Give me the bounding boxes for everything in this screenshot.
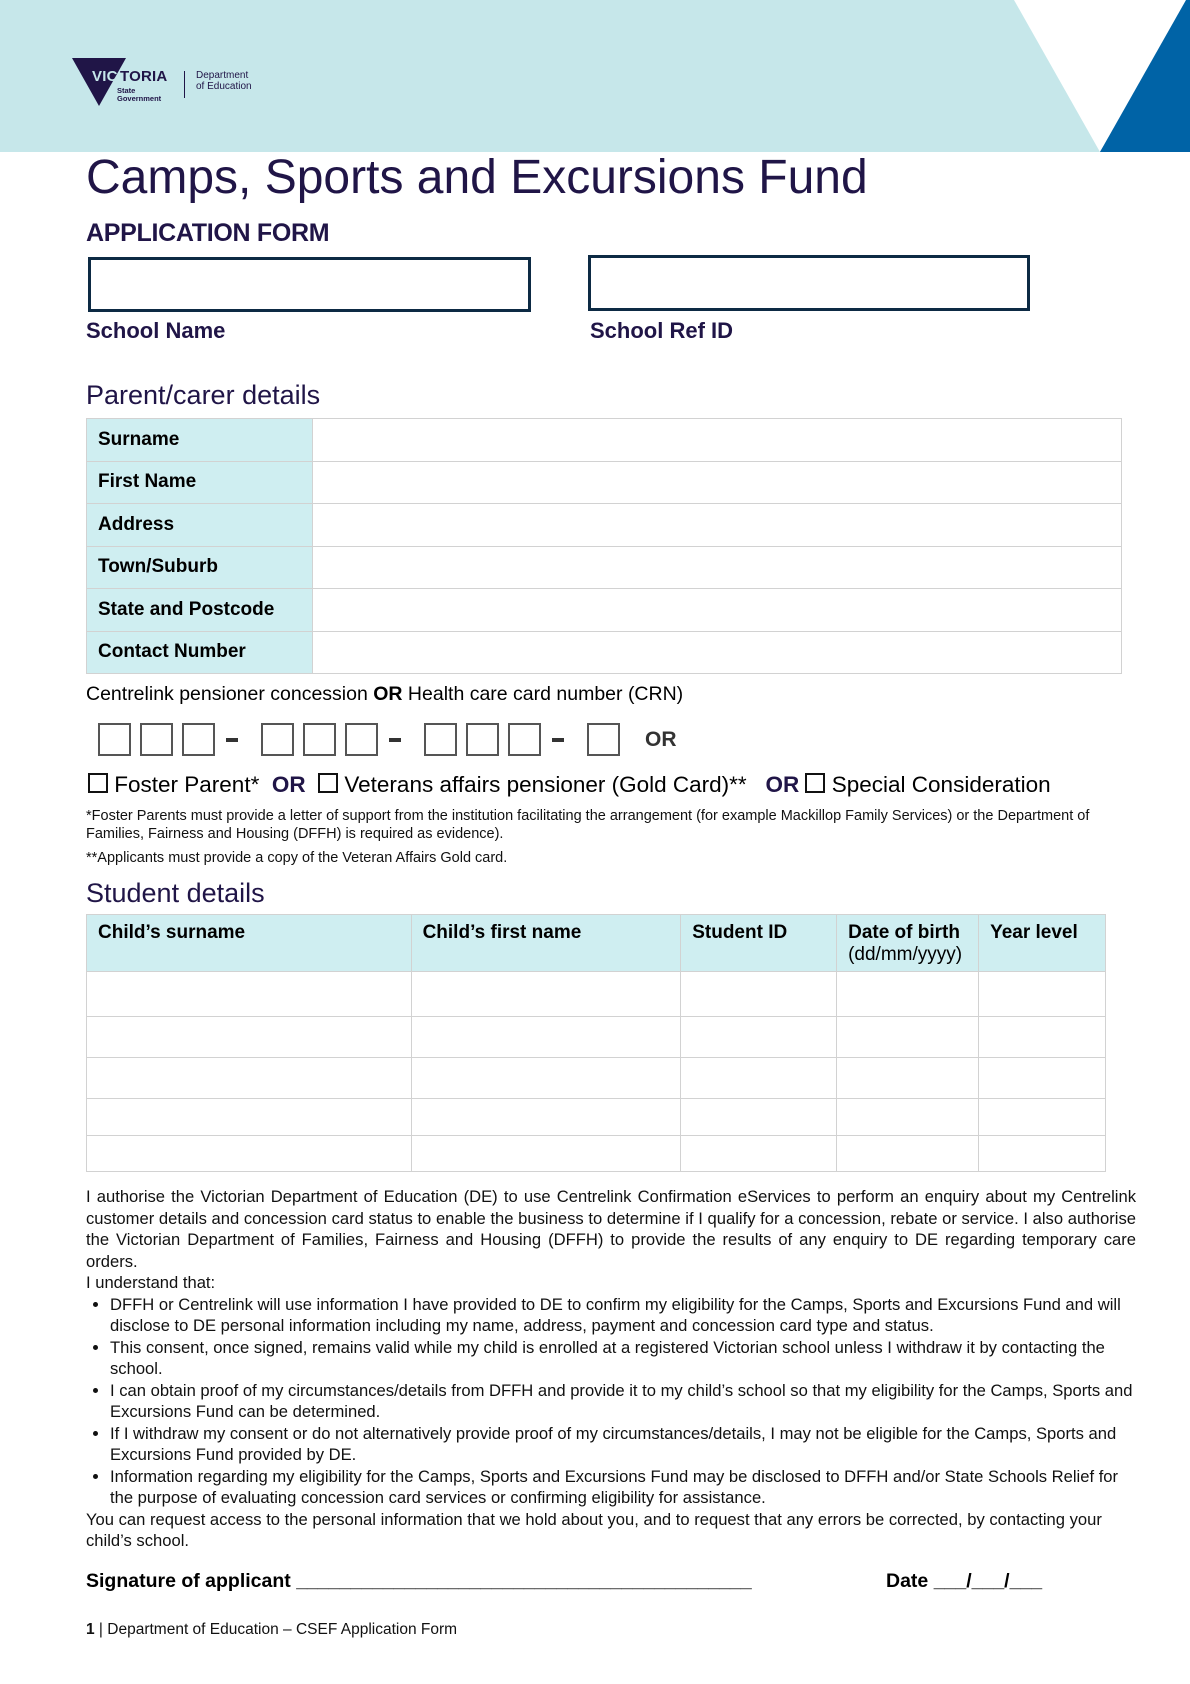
parent-field-label: First Name — [87, 461, 313, 504]
parent-field-label: Town/Suburb — [87, 546, 313, 589]
parent-row: State and Postcode — [87, 589, 1122, 632]
student-row — [87, 1136, 1106, 1172]
crn-digit-box[interactable] — [508, 723, 541, 756]
student-cell-input[interactable] — [411, 1017, 681, 1058]
student-cell-input[interactable] — [87, 1136, 412, 1172]
crn-digit-box[interactable] — [345, 723, 378, 756]
crn-digit-box[interactable] — [98, 723, 131, 756]
foster-parent-label: Foster Parent* — [114, 772, 259, 797]
student-cell-input[interactable] — [681, 1136, 837, 1172]
logo-subtext: StateGovernment — [117, 87, 161, 103]
logo-wordmark: TORIA — [120, 68, 167, 85]
student-cell-input[interactable] — [979, 972, 1106, 1017]
veterans-checkbox[interactable] — [318, 773, 338, 793]
student-cell-input[interactable] — [87, 1099, 412, 1136]
student-cell-input[interactable] — [87, 1017, 412, 1058]
page-title: Camps, Sports and Excursions Fund — [86, 150, 868, 205]
date-field[interactable]: Date ___/___/___ — [886, 1570, 1042, 1593]
crn-digit-box[interactable] — [466, 723, 499, 756]
parent-row: Contact Number — [87, 631, 1122, 674]
consent-intro: I authorise the Victorian Department of … — [86, 1186, 1136, 1272]
or-text: OR — [765, 772, 799, 797]
parent-field-input[interactable] — [313, 419, 1122, 462]
special-consideration-checkbox[interactable] — [805, 773, 825, 793]
student-cell-input[interactable] — [411, 972, 681, 1017]
student-cell-input[interactable] — [837, 1099, 979, 1136]
school-name-field[interactable] — [88, 257, 531, 312]
school-ref-id-field[interactable] — [588, 255, 1030, 311]
logo-department: Departmentof Education — [196, 70, 252, 92]
student-cell-input[interactable] — [87, 1058, 412, 1099]
student-cell-input[interactable] — [411, 1136, 681, 1172]
parent-field-label: State and Postcode — [87, 589, 313, 632]
veterans-label: Veterans affairs pensioner (Gold Card)** — [344, 772, 746, 797]
student-cell-input[interactable] — [411, 1058, 681, 1099]
foster-note: *Foster Parents must provide a letter of… — [86, 807, 1136, 843]
parent-details-table: SurnameFirst NameAddressTown/SuburbState… — [86, 418, 1122, 674]
parent-field-input[interactable] — [313, 589, 1122, 632]
parent-row: Surname — [87, 419, 1122, 462]
parent-field-label: Contact Number — [87, 631, 313, 674]
crn-separator — [226, 738, 238, 742]
student-column-header: Year level — [979, 915, 1106, 972]
consent-bullet: This consent, once signed, remains valid… — [110, 1337, 1136, 1380]
student-row — [87, 972, 1106, 1017]
student-cell-input[interactable] — [681, 972, 837, 1017]
consent-bullet: If I withdraw my consent or do not alter… — [110, 1423, 1136, 1466]
student-cell-input[interactable] — [681, 1017, 837, 1058]
school-ref-id-label: School Ref ID — [590, 318, 733, 344]
foster-parent-checkbox[interactable] — [88, 773, 108, 793]
student-cell-input[interactable] — [681, 1058, 837, 1099]
student-details-table: Child’s surnameChild’s first nameStudent… — [86, 914, 1106, 1172]
logo-divider — [184, 71, 185, 98]
crn-label: Centrelink pensioner concession OR Healt… — [86, 683, 683, 706]
student-column-header: Child’s surname — [87, 915, 412, 972]
student-column-header: Student ID — [681, 915, 837, 972]
student-cell-input[interactable] — [979, 1058, 1106, 1099]
parent-section-heading: Parent/carer details — [86, 380, 320, 411]
student-cell-input[interactable] — [979, 1136, 1106, 1172]
parent-field-input[interactable] — [313, 504, 1122, 547]
student-cell-input[interactable] — [681, 1099, 837, 1136]
crn-digit-box[interactable] — [424, 723, 457, 756]
student-row — [87, 1099, 1106, 1136]
crn-separator — [552, 738, 564, 742]
special-consideration-label: Special Consideration — [832, 772, 1051, 797]
crn-separator — [389, 738, 401, 742]
consent-closing: You can request access to the personal i… — [86, 1509, 1136, 1552]
eligibility-options: Foster Parent* OR Veterans affairs pensi… — [88, 772, 1051, 798]
parent-field-label: Surname — [87, 419, 313, 462]
crn-digit-box[interactable] — [182, 723, 215, 756]
consent-bullet: I can obtain proof of my circumstances/d… — [110, 1380, 1136, 1423]
form-subtitle: APPLICATION FORM — [86, 219, 329, 248]
student-row — [87, 1017, 1106, 1058]
parent-field-input[interactable] — [313, 461, 1122, 504]
page-footer: 1 | Department of Education – CSEF Appli… — [86, 1621, 457, 1639]
student-column-header: Child’s first name — [411, 915, 681, 972]
student-cell-input[interactable] — [837, 1136, 979, 1172]
student-cell-input[interactable] — [979, 1017, 1106, 1058]
consent-bullet: Information regarding my eligibility for… — [110, 1466, 1136, 1509]
student-cell-input[interactable] — [837, 1058, 979, 1099]
consent-bullet: DFFH or Centrelink will use information … — [110, 1294, 1136, 1337]
parent-row: Address — [87, 504, 1122, 547]
veteran-note: **Applicants must provide a copy of the … — [86, 849, 507, 867]
student-cell-input[interactable] — [87, 972, 412, 1017]
student-column-header: Date of birth(dd/mm/yyyy) — [837, 915, 979, 972]
consent-bullets: DFFH or Centrelink will use information … — [86, 1294, 1136, 1509]
student-cell-input[interactable] — [979, 1099, 1106, 1136]
crn-digit-box[interactable] — [587, 723, 620, 756]
crn-or-text: OR — [645, 728, 677, 752]
student-row — [87, 1058, 1106, 1099]
or-text: OR — [272, 772, 306, 797]
consent-understand: I understand that: — [86, 1272, 1136, 1294]
signature-field[interactable]: Signature of applicant _________________… — [86, 1570, 752, 1593]
school-name-label: School Name — [86, 318, 225, 344]
student-cell-input[interactable] — [837, 1017, 979, 1058]
student-cell-input[interactable] — [411, 1099, 681, 1136]
logo-wordmark-overlay: VIC — [92, 68, 118, 85]
student-cell-input[interactable] — [837, 972, 979, 1017]
crn-digit-box[interactable] — [140, 723, 173, 756]
student-section-heading: Student details — [86, 878, 265, 909]
parent-row: First Name — [87, 461, 1122, 504]
crn-digit-box[interactable] — [261, 723, 294, 756]
parent-row: Town/Suburb — [87, 546, 1122, 589]
crn-digit-box[interactable] — [303, 723, 336, 756]
parent-field-input[interactable] — [313, 631, 1122, 674]
victoria-government-logo: VIC TORIA StateGovernment Departmentof E… — [70, 56, 270, 106]
parent-field-input[interactable] — [313, 546, 1122, 589]
parent-field-label: Address — [87, 504, 313, 547]
consent-text: I authorise the Victorian Department of … — [86, 1186, 1136, 1552]
